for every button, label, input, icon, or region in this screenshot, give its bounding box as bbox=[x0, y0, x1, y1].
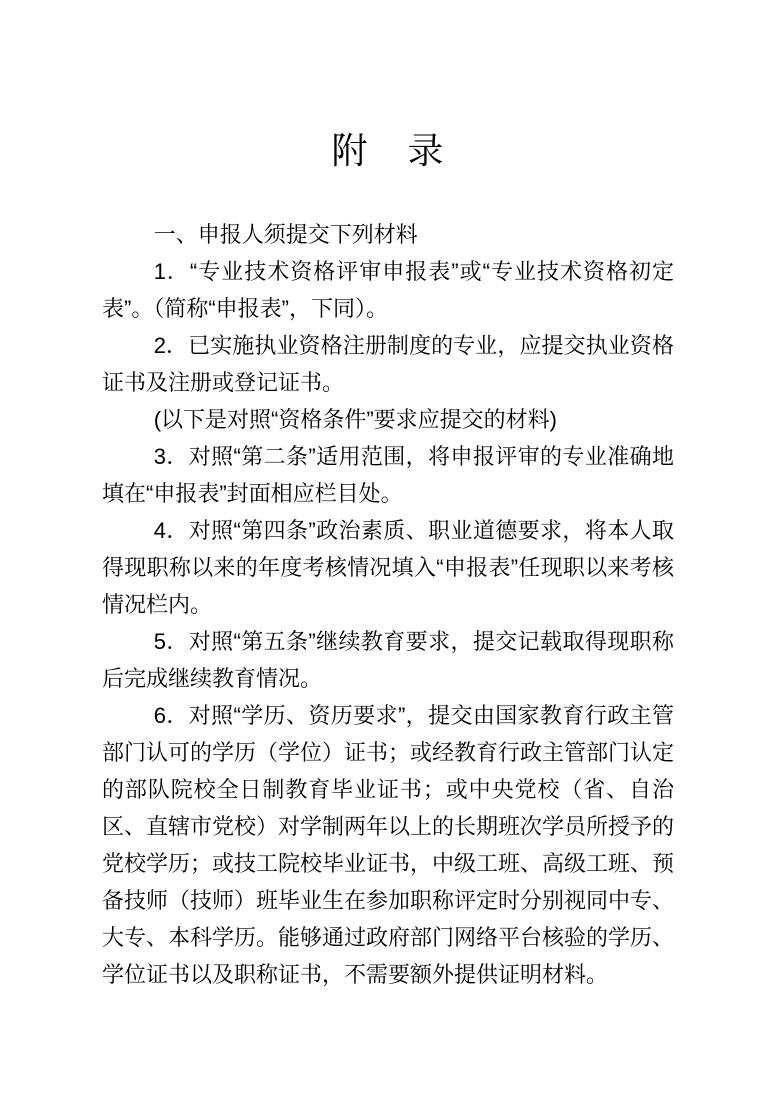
paragraph-item-4: 4．对照“第四条”政治素质、职业道德要求，将本人取得现职称以来的年度考核情况填入… bbox=[102, 512, 674, 623]
paragraph-item-2: 2．已实施执业资格注册制度的专业，应提交执业资格证书及注册或登记证书。 bbox=[102, 327, 674, 401]
page-title: 附 录 bbox=[0, 130, 777, 172]
document-page: 附 录 一、申报人须提交下列材料 1．“专业技术资格评审申报表”或“专业技术资格… bbox=[0, 0, 777, 1099]
paragraph-item-1: 1．“专业技术资格评审申报表”或“专业技术资格初定表”。（简称“申报表”，下同）… bbox=[102, 253, 674, 327]
document-body: 一、申报人须提交下列材料 1．“专业技术资格评审申报表”或“专业技术资格初定表”… bbox=[102, 216, 674, 993]
paragraph-item-5: 5．对照“第五条”继续教育要求，提交记载取得现职称后完成继续教育情况。 bbox=[102, 623, 674, 697]
section-heading: 一、申报人须提交下列材料 bbox=[102, 216, 674, 253]
paragraph-item-3: 3．对照“第二条”适用范围，将申报评审的专业准确地填在“申报表”封面相应栏目处。 bbox=[102, 438, 674, 512]
paragraph-note: (以下是对照“资格条件”要求应提交的材料) bbox=[102, 401, 674, 438]
paragraph-item-6: 6．对照“学历、资历要求”，提交由国家教育行政主管部门认可的学历（学位）证书；或… bbox=[102, 697, 674, 993]
